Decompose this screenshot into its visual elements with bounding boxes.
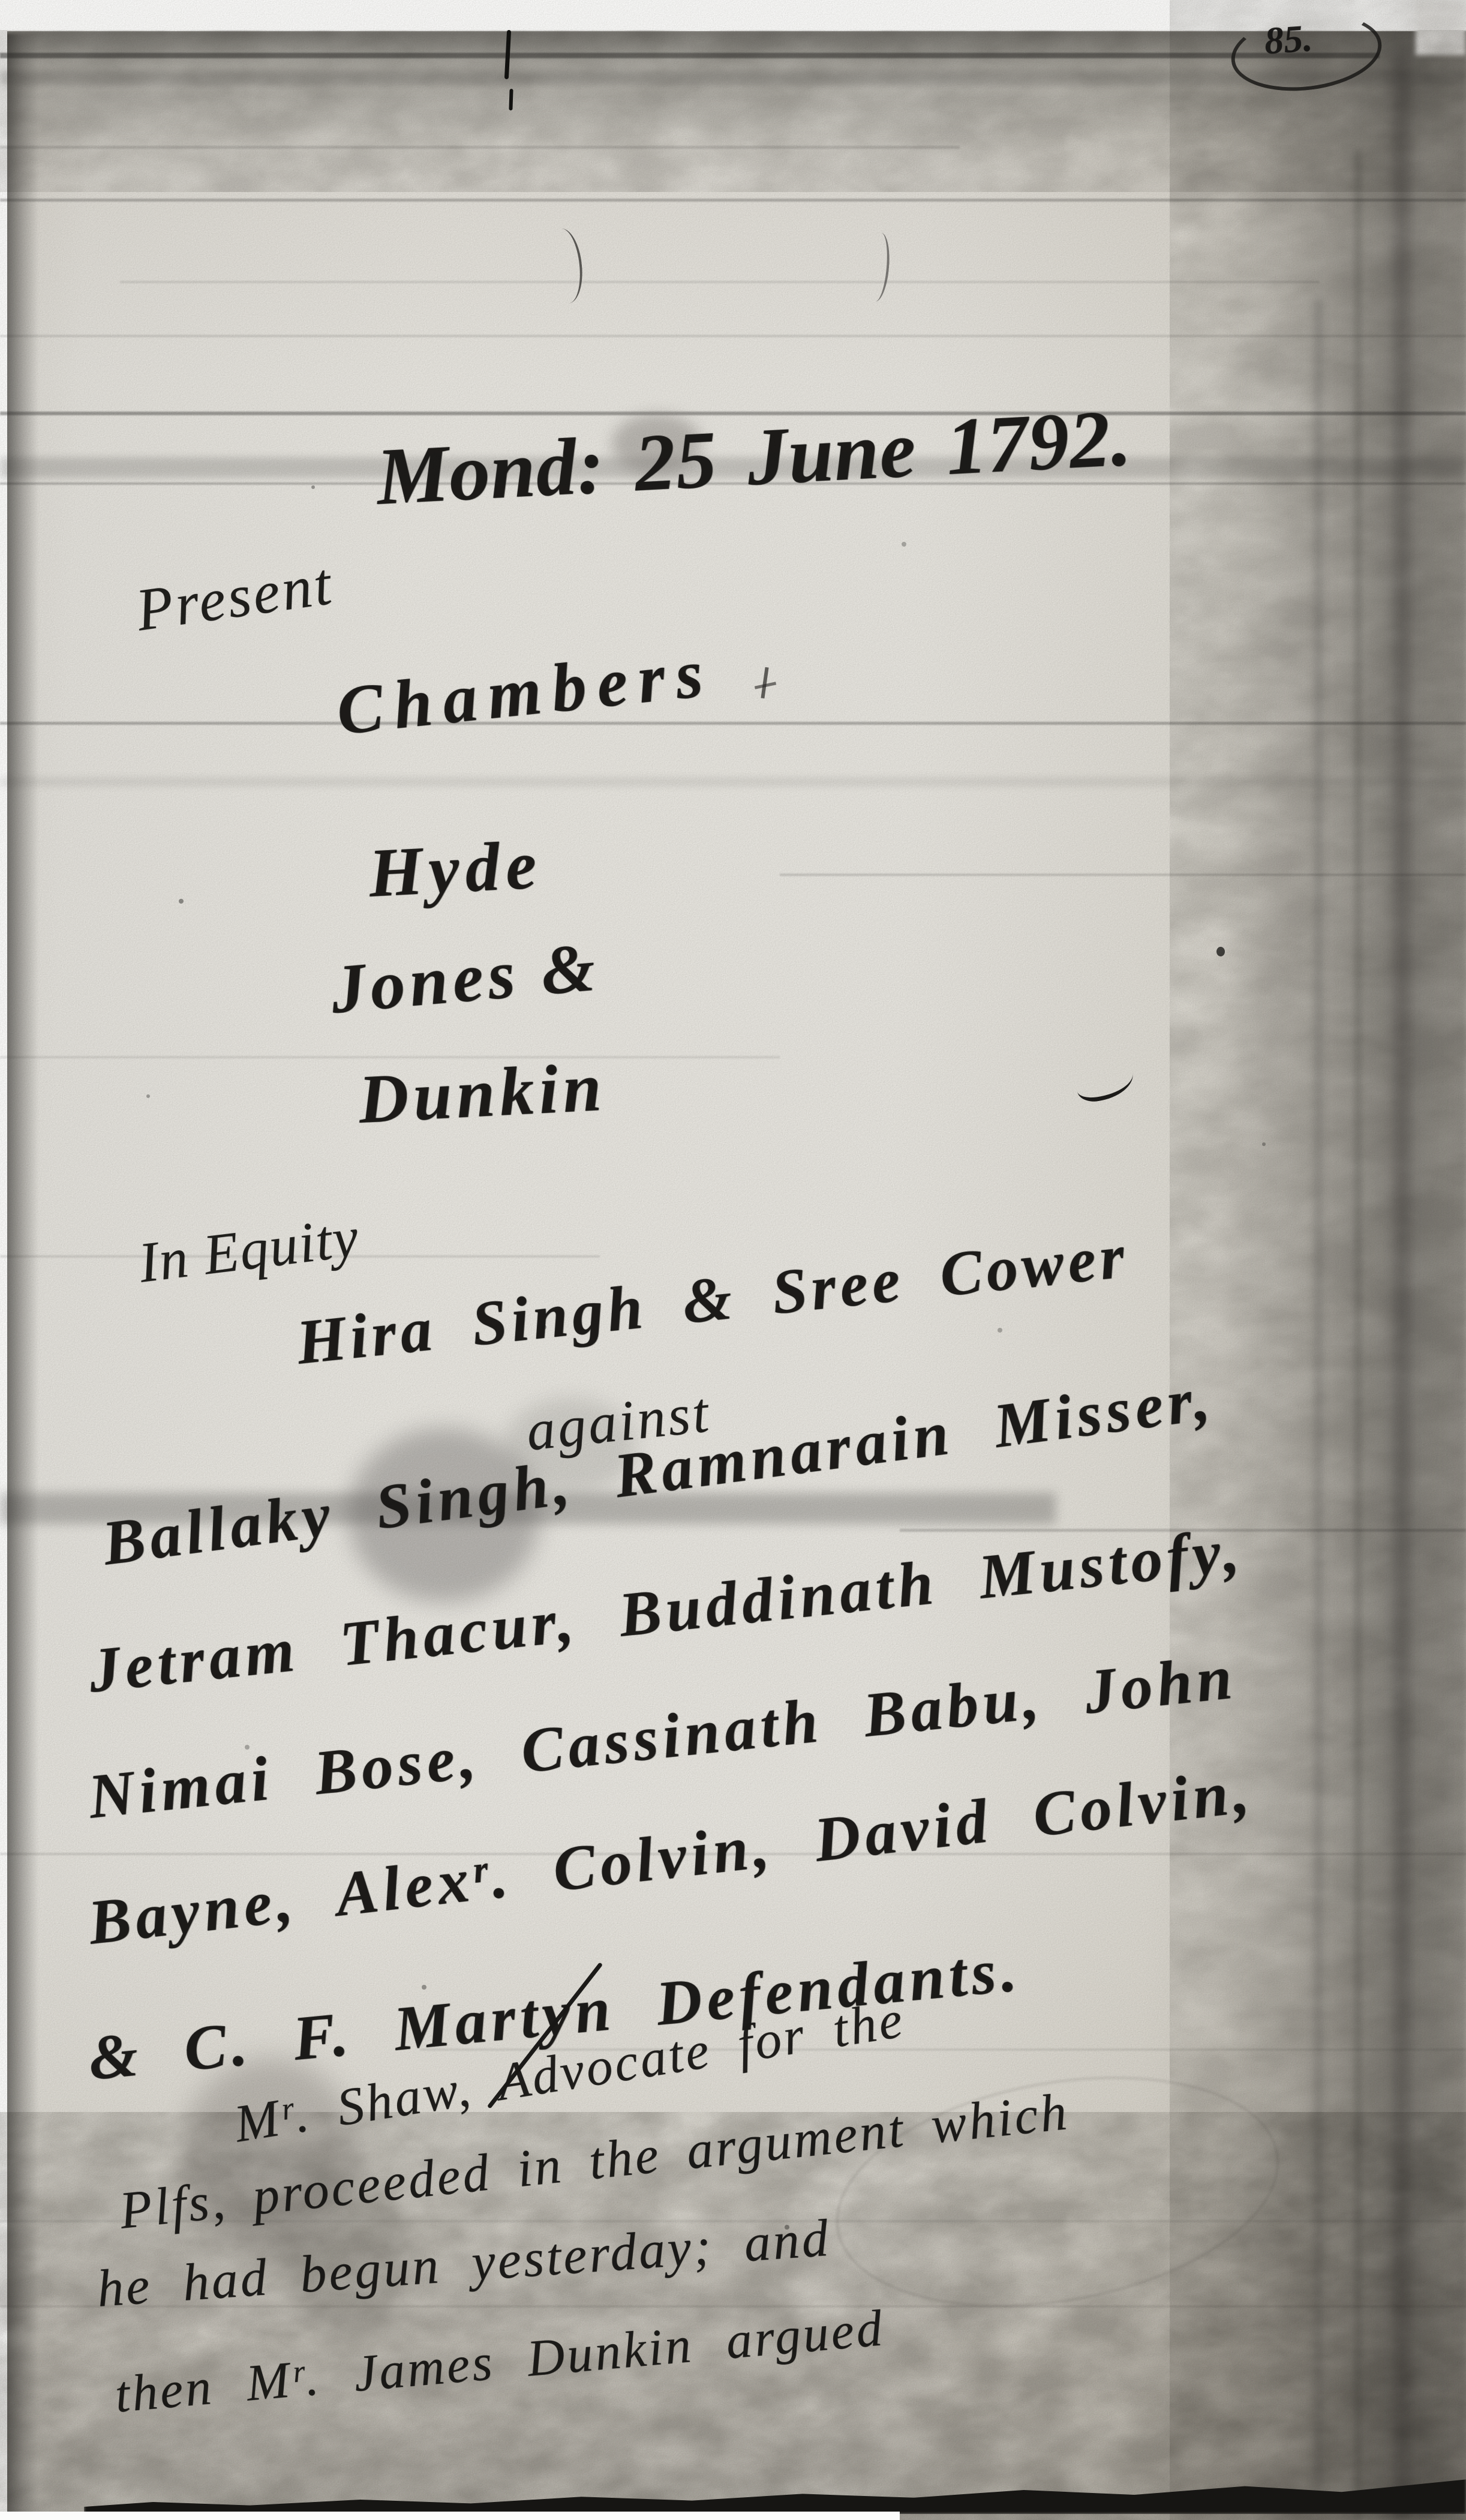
scan-streak <box>0 722 1466 725</box>
ink-speckles <box>0 0 2 2</box>
page-number: 85. <box>1263 19 1314 60</box>
manuscript-scan-page: 85. Mond: 25 June 1792. Present Chambers… <box>0 0 1466 2520</box>
scan-streak <box>120 281 1320 283</box>
scan-streak <box>780 874 1466 876</box>
bottom-scanner-strip <box>0 2512 900 2520</box>
scan-streak <box>0 146 960 149</box>
right-edge-streak-2 <box>1354 150 1362 2520</box>
scan-streak <box>0 1056 780 1058</box>
scan-streak <box>0 199 1466 202</box>
scan-streak <box>0 335 1466 337</box>
ink-dot <box>1216 947 1225 956</box>
scan-streak <box>0 53 1380 58</box>
left-scanner-strip <box>0 0 7 2520</box>
ink-stroke <box>509 89 513 110</box>
scan-streak <box>0 778 1466 786</box>
top-scanner-strip <box>0 0 1466 31</box>
judge-name-dunkin: Dunkin <box>357 1052 608 1133</box>
right-edge-streak-3 <box>1393 48 1411 2520</box>
left-edge-shade <box>5 34 38 2520</box>
right-edge-streak-1 <box>1314 300 1323 2490</box>
judge-name-hyde: Hyde <box>367 830 544 908</box>
top-right-corner <box>1416 0 1466 55</box>
